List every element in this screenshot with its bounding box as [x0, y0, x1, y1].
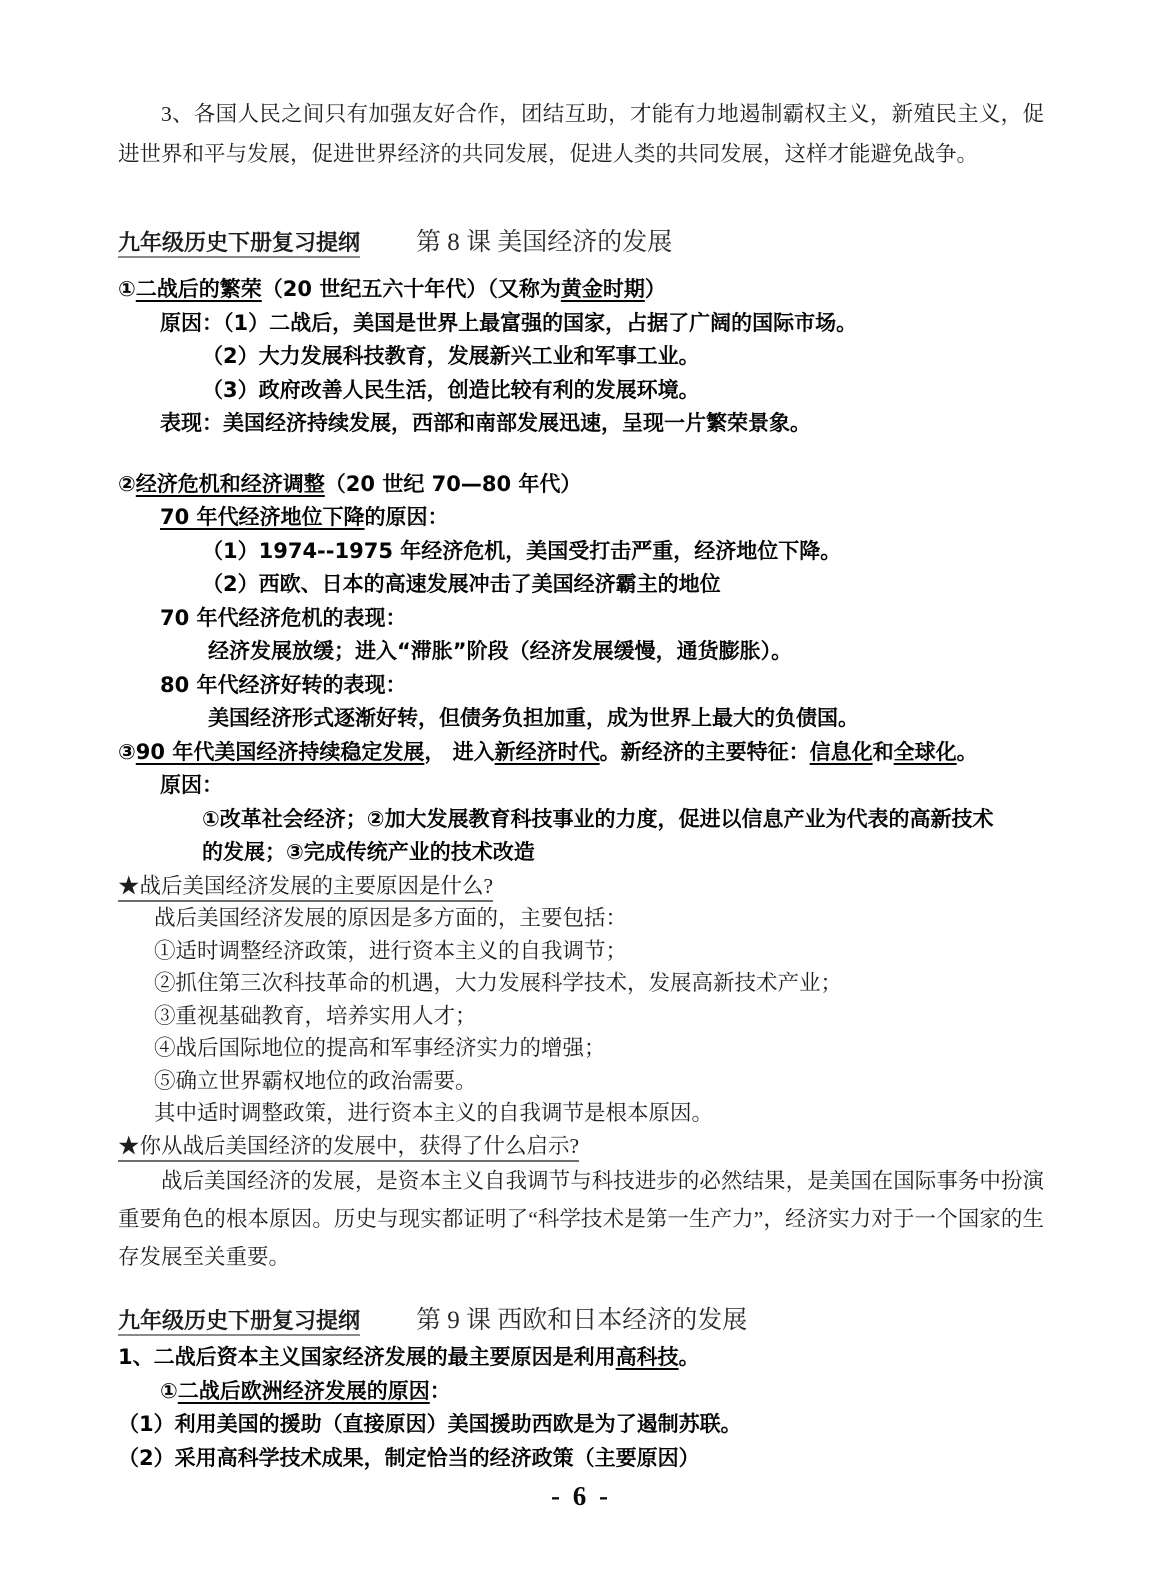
- point-1-text: 1、二战后资本主义国家经济发展的最主要原因是利用: [118, 1345, 616, 1369]
- sec2-crisis-body: 经济发展放缓；进入“滞胀”阶段（经济发展缓慢，通货膨胀）。: [208, 635, 1044, 669]
- sec3-new-economy-underline: 新经济时代: [495, 740, 600, 764]
- sec2-recovery-heading: 80 年代经济好转的表现：: [160, 669, 1044, 703]
- question-1-intro: 战后美国经济发展的原因是多方面的，主要包括：: [154, 902, 1044, 935]
- sec1-golden-age-underline: 黄金时期: [561, 277, 645, 301]
- question-1-item-2: ②抓住第三次科技革命的机遇，大力发展科学技术，发展高新技术产业；: [154, 967, 1044, 1000]
- sec2-crisis-heading: 70 年代经济危机的表现：: [160, 602, 1044, 636]
- question-2-text: ★你从战后美国经济的发展中，获得了什么启示?: [118, 1134, 579, 1162]
- sec2-decline-underline: 70 年代经济地位下降: [160, 505, 365, 529]
- lesson9-europe-reason-1: （1）利用美国的援助（直接原因）美国援助西欧是为了遏制苏联。: [118, 1408, 1044, 1442]
- sec2-recovery-body: 美国经济形式逐渐好转，但债务负担加重，成为世界上最大的负债国。: [208, 702, 1044, 736]
- sec3-heading-mid2: 。新经济的主要特征：: [600, 740, 810, 764]
- circle-3-marker: ③: [118, 740, 136, 764]
- question-1-item-3: ③重视基础教育，培养实用人才；: [154, 1000, 1044, 1033]
- sec3-heading-mid1: ， 进入: [424, 740, 494, 764]
- sec1-reason-3: （3）政府改善人民生活，创造比较有利的发展环境。: [202, 374, 1044, 408]
- sec3-heading: ③90 年代美国经济持续稳定发展， 进入新经济时代。新经济的主要特征：信息化和全…: [118, 736, 1044, 770]
- sec2-decline-2: （2）西欧、日本的高速发展冲击了美国经济霸主的地位: [202, 568, 1044, 602]
- question-2-answer: 战后美国经济的发展，是资本主义自我调节与科技进步的必然结果，是美国在国际事务中扮…: [118, 1162, 1044, 1276]
- europe-heading-end: ：: [430, 1379, 451, 1403]
- circle-1-marker: ①: [118, 277, 136, 301]
- sec2-decline-1: （1）1974--1975 年经济危机，美国受打击严重，经济地位下降。: [202, 535, 1044, 569]
- sec1-heading-mid: （20 世纪五六十年代）（又称为: [262, 277, 561, 301]
- lesson8-title: 第 8 课 美国经济的发展: [416, 229, 672, 256]
- lesson9-europe-reason-2: （2）采用高科学技术成果，制定恰当的经济政策（主要原因）: [118, 1442, 1044, 1476]
- lesson9-europe-heading: ①二战后欧洲经济发展的原因：: [160, 1375, 1044, 1409]
- lesson9-header: 九年级历史下册复习提纲第 9 课 西欧和日本经济的发展: [118, 1304, 1044, 1341]
- question-1-item-1: ①适时调整经济政策，进行资本主义的自我调节；: [154, 935, 1044, 968]
- question-2-heading: ★你从战后美国经济的发展中，获得了什么启示?: [118, 1130, 1044, 1163]
- sec3-reason-line-2: 的发展；③完成传统产业的技术改造: [202, 836, 1044, 870]
- sec1-reason-2: （2）大力发展科技教育，发展新兴工业和军事工业。: [202, 340, 1044, 374]
- sec1-heading-underline: 二战后的繁荣: [136, 277, 262, 301]
- sec2-heading: ②经济危机和经济调整（20 世纪 70—80 年代）: [118, 468, 1044, 502]
- sec3-reason-line-1: ①改革社会经济；②加大发展教育科技事业的力度，促进以信息产业为代表的高新技术: [202, 803, 1044, 837]
- sec1-heading: ①二战后的繁荣（20 世纪五六十年代）（又称为黄金时期）: [118, 273, 1044, 307]
- lesson8-header: 九年级历史下册复习提纲第 8 课 美国经济的发展: [118, 226, 1044, 263]
- sec2-decline-heading: 70 年代经济地位下降的原因：: [160, 501, 1044, 535]
- question-1-conclusion: 其中适时调整政策，进行资本主义的自我调节是根本原因。: [154, 1097, 1044, 1130]
- sec1-reason-1: 原因：（1）二战后，美国是世界上最富强的国家，占据了广阔的国际市场。: [160, 307, 1044, 341]
- lesson9-header-label: 九年级历史下册复习提纲: [118, 1308, 360, 1336]
- lesson8-header-label: 九年级历史下册复习提纲: [118, 230, 360, 258]
- intro-paragraph: 3、各国人民之间只有加强友好合作，团结互助，才能有力地遏制霸权主义，新殖民主义，…: [118, 94, 1044, 174]
- question-1-item-4: ④战后国际地位的提高和军事经济实力的增强；: [154, 1032, 1044, 1065]
- high-tech-underline: 高科技: [616, 1345, 679, 1369]
- sec2-heading-end: （20 世纪 70—80 年代）: [325, 472, 582, 496]
- circle-2-marker: ②: [118, 472, 136, 496]
- page-number: - 6 -: [118, 1481, 1044, 1512]
- sec3-globalization-underline: 全球化: [894, 740, 957, 764]
- question-1-text: ★战后美国经济发展的主要原因是什么?: [118, 874, 493, 902]
- sec3-reason-label: 原因：: [160, 769, 1044, 803]
- sec1-display: 表现：美国经济持续发展，西部和南部发展迅速，呈现一片繁荣景象。: [160, 407, 1044, 441]
- point-1-end: 。: [679, 1345, 700, 1369]
- sec2-decline-end: 的原因：: [365, 505, 449, 529]
- europe-heading-underline: 二战后欧洲经济发展的原因: [178, 1379, 430, 1403]
- circle-1-marker-lesson9: ①: [160, 1379, 178, 1403]
- sec1-heading-end: ）: [645, 277, 666, 301]
- question-1-heading: ★战后美国经济发展的主要原因是什么?: [118, 870, 1044, 903]
- question-1-item-5: ⑤确立世界霸权地位的政治需要。: [154, 1065, 1044, 1098]
- sec3-informatization-underline: 信息化: [810, 740, 873, 764]
- sec3-heading-underline: 90 年代美国经济持续稳定发展: [136, 740, 425, 764]
- lesson9-title: 第 9 课 西欧和日本经济的发展: [416, 1307, 747, 1334]
- sec2-heading-underline: 经济危机和经济调整: [136, 472, 325, 496]
- lesson9-point-1: 1、二战后资本主义国家经济发展的最主要原因是利用高科技。: [118, 1341, 1044, 1375]
- document-page: 3、各国人民之间只有加强友好合作，团结互助，才能有力地遏制霸权主义，新殖民主义，…: [0, 0, 1152, 1512]
- sec3-heading-mid3: 和: [873, 740, 894, 764]
- sec3-heading-end: 。: [957, 740, 978, 764]
